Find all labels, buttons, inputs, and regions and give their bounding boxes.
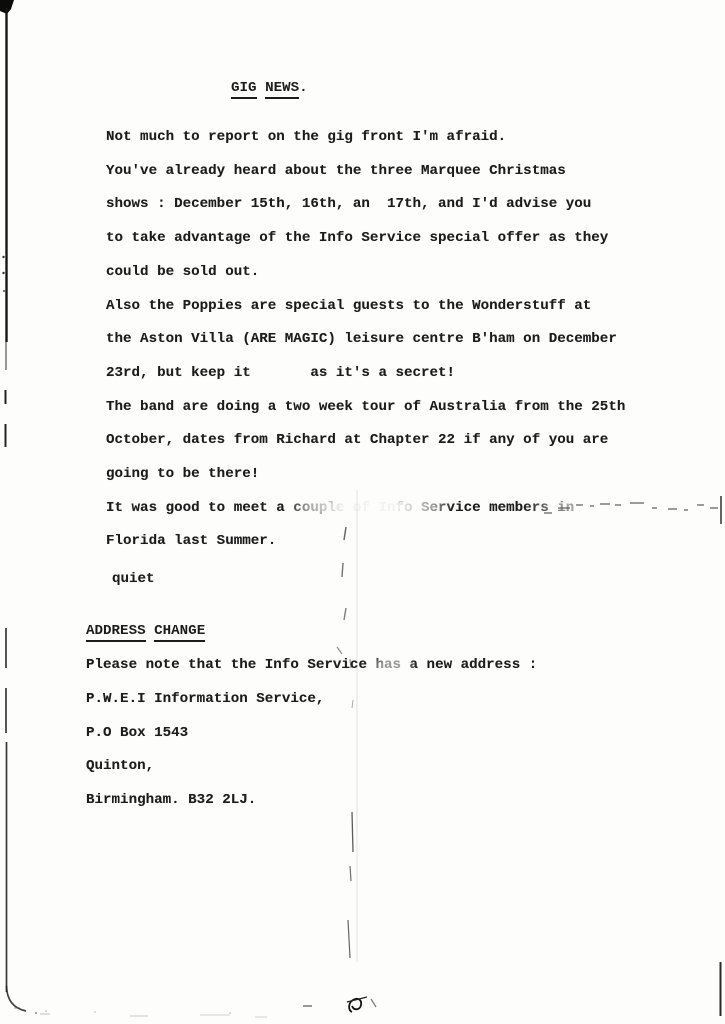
address-change-paragraph: Please note that the Info Service has a … [86, 649, 537, 818]
text-line: You've already heard about the three Mar… [106, 155, 625, 189]
gig-news-heading-word2: NEWS [265, 80, 299, 99]
text-line: going to be there! [106, 458, 625, 492]
text-line: P.O Box 1543 [86, 717, 537, 751]
text-line: Birmingham. B32 2LJ. [86, 784, 537, 818]
text-line: Florida last Summer. [106, 525, 625, 559]
gig-news-heading-period: . [299, 80, 308, 96]
address-change-heading: ADDRESS CHANGE [86, 622, 205, 640]
gig-news-paragraph: Not much to report on the gig front I'm … [106, 121, 625, 559]
heading-space [257, 80, 266, 96]
text-line: Also the Poppies are special guests to t… [106, 290, 625, 324]
text-line: Please note that the Info Service has a … [86, 649, 537, 683]
text-line: Quinton, [86, 750, 537, 784]
text-line: October, dates from Richard at Chapter 2… [106, 424, 625, 458]
text-line: could be sold out. [106, 256, 625, 290]
gig-news-heading: GIG NEWS. [231, 79, 308, 97]
address-change-heading-word1: ADDRESS [86, 623, 146, 642]
heading-space [146, 623, 155, 639]
text-line: P.W.E.I Information Service, [86, 683, 537, 717]
gig-news-heading-word1: GIG [231, 80, 257, 99]
stray-word: quiet [112, 571, 155, 587]
address-change-heading-word2: CHANGE [154, 623, 205, 642]
text-line: It was good to meet a couple of Info Ser… [106, 492, 625, 526]
text-line: 23rd, but keep it as it's a secret! [106, 357, 625, 391]
text-line: shows : December 15th, 16th, an 17th, an… [106, 188, 625, 222]
scanned-page: GIG NEWS. Not much to report on the gig … [0, 0, 725, 1024]
text-line: the Aston Villa (ARE MAGIC) leisure cent… [106, 323, 625, 357]
bottom-ink-smudge [40, 997, 376, 1017]
text-line: Not much to report on the gig front I'm … [106, 121, 625, 155]
text-line: The band are doing a two week tour of Au… [106, 391, 625, 425]
left-edge-scan-line [0, 0, 47, 1014]
text-line: to take advantage of the Info Service sp… [106, 222, 625, 256]
